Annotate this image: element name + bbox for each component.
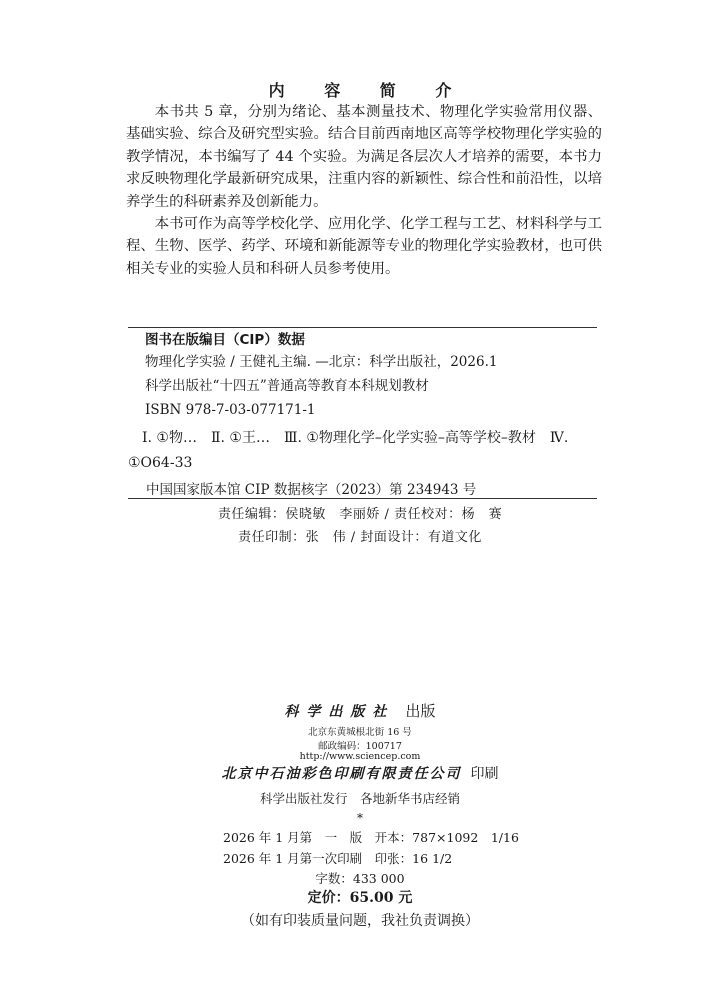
summary-paragraph-1: 本书共 5 章，分别为绪论、基本测量技术、物理化学实验常用仪器、基础实验、综合及… bbox=[126, 101, 602, 213]
cip-classification: Ⅰ. ①物… Ⅱ. ①王… Ⅲ. ①物理化学–化学实验–高等学校–教材 Ⅳ. ①… bbox=[128, 426, 598, 476]
publisher-logo: 科学出版社 bbox=[284, 704, 394, 720]
publisher-line: 科学出版社 出版 bbox=[0, 700, 720, 721]
cip-bottom-divider bbox=[128, 498, 597, 499]
price: 定价：65.00 元 bbox=[0, 887, 720, 907]
publisher-postcode: 邮政编码：100717 bbox=[0, 738, 720, 752]
distribution-info: 科学出版社发行 各地新华书店经销 bbox=[0, 789, 720, 807]
cip-line-title-author: 物理化学实验 / 王健礼主编. —北京：科学出版社，2026.1 bbox=[145, 352, 497, 372]
edition-info: 2026 年 1 月第 一 版 开本：787×1092 1/16 bbox=[223, 828, 519, 846]
summary-paragraph-2: 本书可作为高等学校化学、应用化学、化学工程与工艺、材料科学与工程、生物、医学、药… bbox=[126, 213, 602, 280]
credits-production: 责任印制：张 伟 / 封面设计：有道文化 bbox=[0, 526, 720, 545]
word-count: 字数：433 000 bbox=[0, 869, 720, 887]
printer-suffix: 印刷 bbox=[471, 766, 499, 782]
credits-editors: 责任编辑：侯晓敏 李丽娇 / 责任校对：杨 赛 bbox=[0, 503, 720, 522]
cip-title: 图书在版编目（CIP）数据 bbox=[145, 328, 305, 348]
cip-line-series: 科学出版社“十四五”普通高等教育本科规划教材 bbox=[145, 376, 429, 396]
publisher-address: 北京东黄城根北街 16 号 bbox=[0, 724, 720, 738]
quality-notice: （如有印装质量问题，我社负责调换） bbox=[0, 910, 720, 930]
printer-name: 北京中石油彩色印刷有限责任公司 bbox=[221, 766, 461, 782]
cip-line-isbn: ISBN 978-7-03-077171-1 bbox=[145, 400, 316, 420]
publisher-website: http://www.sciencep.com bbox=[0, 751, 720, 762]
summary-title: 内 容 简 介 bbox=[0, 78, 720, 101]
printer-line: 北京中石油彩色印刷有限责任公司 印刷 bbox=[0, 763, 720, 783]
publisher-suffix: 出版 bbox=[406, 702, 436, 720]
separator-star: * bbox=[0, 811, 720, 825]
printing-info: 2026 年 1 月第一次印刷 印张：16 1/2 bbox=[223, 849, 452, 867]
cip-record-number: 中国国家版本馆 CIP 数据核字（2023）第 234943 号 bbox=[146, 478, 476, 498]
